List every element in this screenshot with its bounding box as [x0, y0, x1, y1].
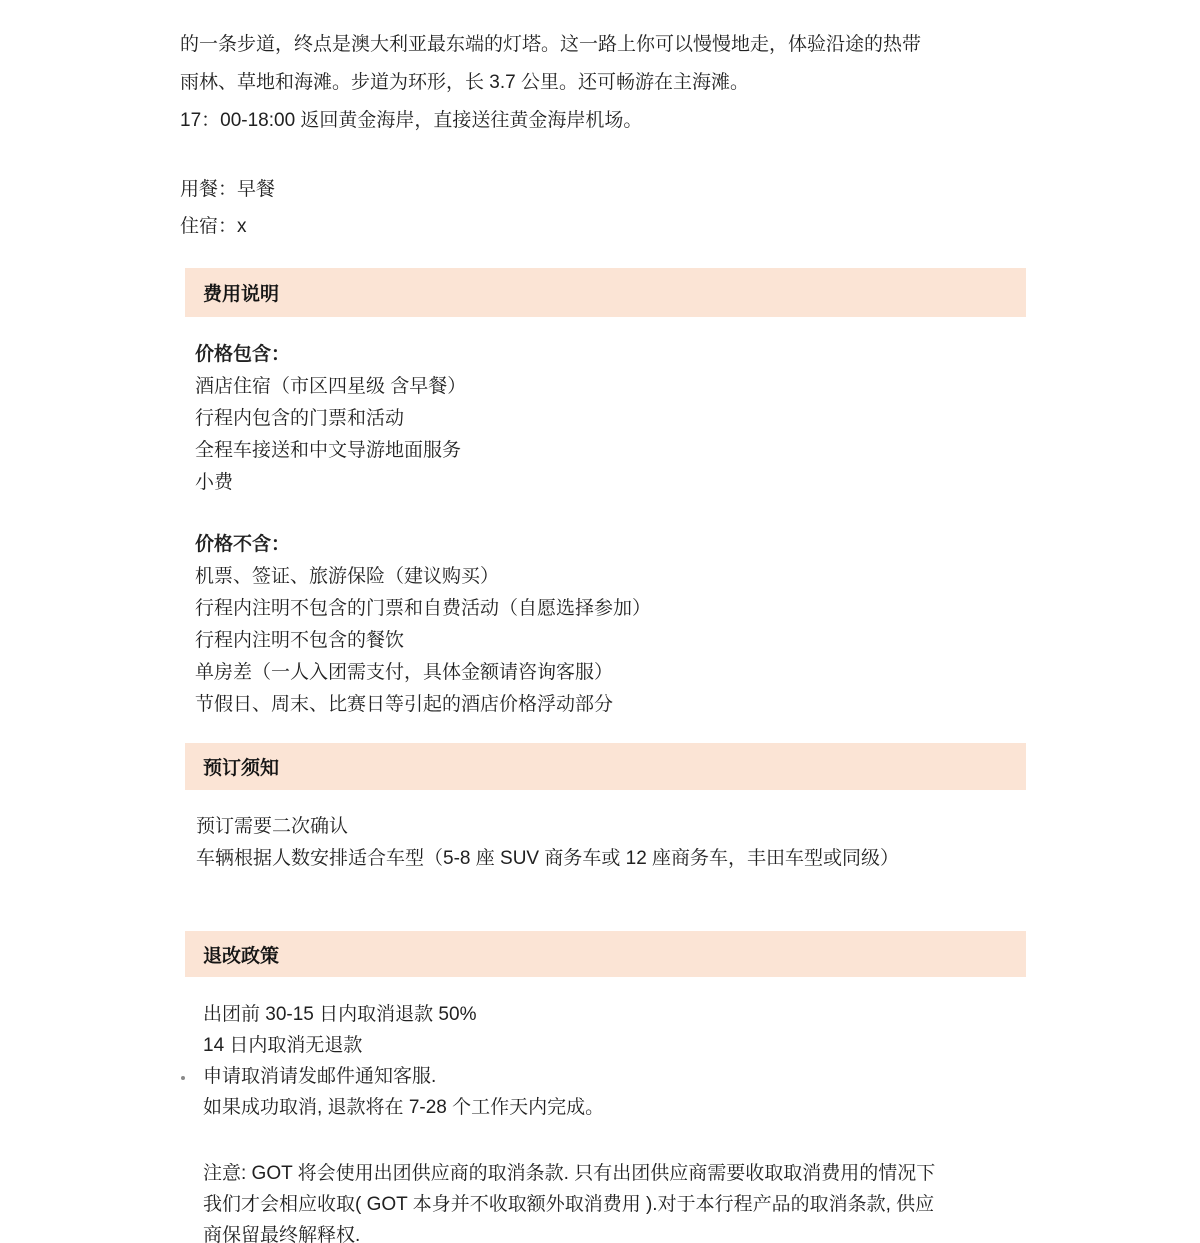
list-item: 机票、签证、旅游保险（建议购买） [195, 561, 651, 593]
price-include-heading: 价格包含： [195, 339, 466, 371]
list-item: 申请取消请发邮件通知客服. [203, 1061, 604, 1092]
note-line: 我们才会相应收取( GOT 本身并不收取额外取消费用 ).对于本行程产品的取消条… [203, 1189, 935, 1220]
itinerary-line: 雨林、草地和海滩。步道为环形，长 3.7 公里。还可畅游在主海滩。 [180, 64, 921, 102]
booking-notes-block: 预订需要二次确认 车辆根据人数安排适合车型（5-8 座 SUV 商务车或 12 … [196, 811, 899, 875]
list-item: 节假日、周末、比赛日等引起的酒店价格浮动部分 [195, 689, 651, 721]
note-line: 注意: GOT 将会使用出团供应商的取消条款. 只有出团供应商需要收取取消费用的… [203, 1158, 935, 1189]
section-title: 退改政策 [203, 941, 279, 968]
price-exclude-heading: 价格不含： [195, 529, 651, 561]
section-title: 费用说明 [203, 279, 279, 306]
list-item: 14 日内取消无退款 [203, 1030, 604, 1061]
section-header-fees: 费用说明 [185, 268, 1026, 317]
section-header-booking: 预订须知 [185, 743, 1026, 790]
list-item: 行程内注明不包含的门票和自费活动（自愿选择参加） [195, 593, 651, 625]
stay-info: 住宿：x [180, 208, 275, 245]
cancellation-note-paragraph: 注意: GOT 将会使用出团供应商的取消条款. 只有出团供应商需要收取取消费用的… [203, 1158, 935, 1243]
refund-policy-block: 出团前 30-15 日内取消退款 50% 14 日内取消无退款 申请取消请发邮件… [203, 999, 604, 1123]
margin-bullet-dot [181, 1076, 185, 1080]
section-header-refund: 退改政策 [185, 931, 1026, 977]
list-item: 出团前 30-15 日内取消退款 50% [203, 999, 604, 1030]
list-item: 全程车接送和中文导游地面服务 [195, 435, 466, 467]
list-item: 单房差（一人入团需支付，具体金额请咨询客服） [195, 657, 651, 689]
note-line: 商保留最终解释权. [203, 1220, 935, 1243]
itinerary-line: 17：00-18:00 返回黄金海岸，直接送往黄金海岸机场。 [180, 102, 921, 140]
list-item: 行程内包含的门票和活动 [195, 403, 466, 435]
list-item: 预订需要二次确认 [196, 811, 899, 843]
itinerary-paragraph: 的一条步道，终点是澳大利亚最东端的灯塔。这一路上你可以慢慢地走，体验沿途的热带 … [180, 26, 921, 140]
itinerary-line: 的一条步道，终点是澳大利亚最东端的灯塔。这一路上你可以慢慢地走，体验沿途的热带 [180, 26, 921, 64]
document-page: 的一条步道，终点是澳大利亚最东端的灯塔。这一路上你可以慢慢地走，体验沿途的热带 … [0, 0, 1200, 1243]
list-item: 行程内注明不包含的餐饮 [195, 625, 651, 657]
price-include-block: 价格包含： 酒店住宿（市区四星级 含早餐） 行程内包含的门票和活动 全程车接送和… [195, 339, 466, 499]
list-item: 如果成功取消, 退款将在 7-28 个工作天内完成。 [203, 1092, 604, 1123]
section-title: 预订须知 [203, 753, 279, 780]
price-exclude-block: 价格不含： 机票、签证、旅游保险（建议购买） 行程内注明不包含的门票和自费活动（… [195, 529, 651, 721]
list-item: 车辆根据人数安排适合车型（5-8 座 SUV 商务车或 12 座商务车，丰田车型… [196, 843, 899, 875]
list-item: 小费 [195, 467, 466, 499]
day-meta: 用餐：早餐 住宿：x [180, 171, 275, 245]
list-item: 酒店住宿（市区四星级 含早餐） [195, 371, 466, 403]
meal-info: 用餐：早餐 [180, 171, 275, 208]
